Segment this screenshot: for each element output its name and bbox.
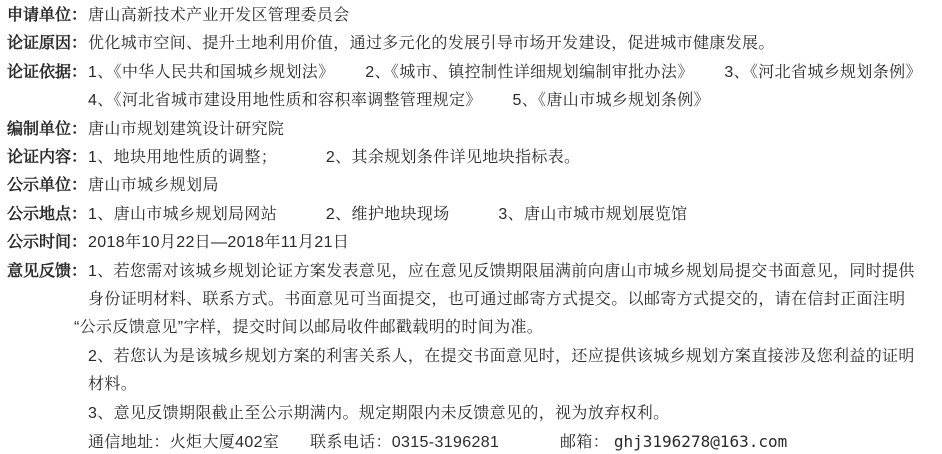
justification-reason-content: 优化城市空间、提升土地利用价值，通过多元化的发展引导市场开发建设，促进城市健康发…	[88, 30, 942, 58]
compiling-unit-value: 唐山市规划建筑设计研究院	[88, 116, 284, 144]
feedback-item-1-part-2: 身份证明材料、联系方式。书面意见可当面提交，也可通过邮寄方式提交。以邮寄方式提交…	[88, 286, 906, 314]
row-application-unit: 申请单位： 唐山高新技术产业开发区管理委员会	[7, 2, 942, 30]
publicity-location-label: 公示地点：	[7, 201, 88, 229]
justification-reason-value: 优化城市空间、提升土地利用价值，通过多元化的发展引导市场开发建设，促进城市健康发…	[88, 30, 775, 58]
feedback-item-2-part-1: 2、若您认为是该城乡规划方案的利害关系人，在提交书面意见时，还应提供该城乡规划方…	[88, 343, 915, 371]
location-item-3: 3、唐山市城市规划展览馆	[498, 201, 687, 229]
row-justification-basis: 论证依据： 1、《中华人民共和国城乡规划法》 2、《城市、镇控制性详细规划编制审…	[7, 59, 942, 116]
row-justification-reason: 论证原因： 优化城市空间、提升土地利用价值，通过多元化的发展引导市场开发建设，促…	[7, 30, 942, 58]
text-line: 唐山市规划建筑设计研究院	[88, 116, 942, 144]
email-label: 邮箱：	[560, 429, 609, 454]
justification-basis-label: 论证依据：	[7, 59, 88, 87]
feedback-label: 意见反馈：	[7, 258, 88, 286]
application-unit-label: 申请单位：	[7, 2, 88, 30]
publicity-unit-label: 公示单位：	[7, 172, 88, 200]
text-line: 1、唐山市城乡规划局网站 2、维护地块现场 3、唐山市城市规划展览馆	[88, 201, 942, 229]
basis-item-3: 3、《河北省城乡规划条例》	[724, 59, 921, 87]
text-line: 2018年10月22日—2018年11月21日	[88, 229, 942, 257]
contact-line: 通信地址：火炬大厦402室 联系电话：0315-3196281 邮箱： ghj3…	[88, 428, 942, 454]
compiling-unit-content: 唐山市规划建筑设计研究院	[88, 116, 942, 144]
application-unit-value: 唐山高新技术产业开发区管理委员会	[88, 2, 350, 30]
feedback-content: 1、若您需对该城乡规划论证方案发表意见，应在意见反馈期限届满前向唐山市城乡规划局…	[88, 258, 942, 454]
text-line: 优化城市空间、提升土地利用价值，通过多元化的发展引导市场开发建设，促进城市健康发…	[88, 30, 942, 58]
feedback-line-3: “公示反馈意见”字样，提交时间以邮局收件邮戳载明的时间为准。	[88, 314, 942, 342]
feedback-line-1: 1、若您需对该城乡规划论证方案发表意见，应在意见反馈期限届满前向唐山市城乡规划局…	[88, 258, 942, 286]
text-line: 1、《中华人民共和国城乡规划法》 2、《城市、镇控制性详细规划编制审批办法》 3…	[88, 59, 942, 87]
publicity-time-label: 公示时间：	[7, 229, 88, 257]
row-justification-content: 论证内容： 1、地块用地性质的调整； 2、其余规划条件详见地块指标表。	[7, 144, 942, 172]
feedback-line-2: 身份证明材料、联系方式。书面意见可当面提交，也可通过邮寄方式提交。以邮寄方式提交…	[88, 286, 942, 314]
row-publicity-unit: 公示单位： 唐山市城乡规划局	[7, 172, 942, 200]
feedback-line-5: 材料。	[88, 371, 942, 399]
justification-reason-label: 论证原因：	[7, 30, 88, 58]
content-item-1: 1、地块用地性质的调整；	[88, 144, 277, 172]
application-unit-content: 唐山高新技术产业开发区管理委员会	[88, 2, 942, 30]
location-item-2: 2、维护地块现场	[326, 201, 450, 229]
feedback-line-6: 3、意见反馈期限截止至公示期满内。规定期限内未反馈意见的，视为放弃权利。	[88, 400, 942, 428]
feedback-item-3: 3、意见反馈期限截止至公示期满内。规定期限内未反馈意见的，视为放弃权利。	[88, 400, 670, 428]
row-publicity-time: 公示时间： 2018年10月22日—2018年11月21日	[7, 229, 942, 257]
row-feedback: 意见反馈： 1、若您需对该城乡规划论证方案发表意见，应在意见反馈期限届满前向唐山…	[7, 258, 942, 454]
public-notice-document: 申请单位： 唐山高新技术产业开发区管理委员会 论证原因： 优化城市空间、提升土地…	[0, 0, 942, 454]
justification-basis-content: 1、《中华人民共和国城乡规划法》 2、《城市、镇控制性详细规划编制审批办法》 3…	[88, 59, 942, 116]
publicity-unit-value: 唐山市城乡规划局	[88, 172, 219, 200]
compiling-unit-label: 编制单位：	[7, 116, 88, 144]
justification-content-content: 1、地块用地性质的调整； 2、其余规划条件详见地块指标表。	[88, 144, 942, 172]
basis-item-4: 4、《河北省城市建设用地性质和容积率调整管理规定》	[88, 87, 482, 115]
feedback-item-1-part-3: “公示反馈意见”字样，提交时间以邮局收件邮戳载明的时间为准。	[81, 314, 543, 342]
mailing-address-value: 通信地址：火炬大厦402室	[88, 429, 279, 454]
email-value: ghj3196278@163.com	[614, 428, 787, 454]
publicity-time-content: 2018年10月22日—2018年11月21日	[88, 229, 942, 257]
publicity-location-content: 1、唐山市城乡规划局网站 2、维护地块现场 3、唐山市城市规划展览馆	[88, 201, 942, 229]
feedback-line-4: 2、若您认为是该城乡规划方案的利害关系人，在提交书面意见时，还应提供该城乡规划方…	[88, 343, 942, 371]
publicity-unit-content: 唐山市城乡规划局	[88, 172, 942, 200]
contact-phone-value: 联系电话：0315-3196281	[310, 429, 499, 454]
feedback-item-1-part-1: 1、若您需对该城乡规划论证方案发表意见，应在意见反馈期限届满前向唐山市城乡规划局…	[88, 258, 915, 286]
location-item-1: 1、唐山市城乡规划局网站	[88, 201, 277, 229]
content-item-2: 2、其余规划条件详见地块指标表。	[326, 144, 581, 172]
justification-content-label: 论证内容：	[7, 144, 88, 172]
basis-item-1: 1、《中华人民共和国城乡规划法》	[88, 59, 335, 87]
publicity-time-value: 2018年10月22日—2018年11月21日	[88, 229, 349, 257]
basis-item-2: 2、《城市、镇控制性详细规划编制审批办法》	[365, 59, 693, 87]
row-compiling-unit: 编制单位： 唐山市规划建筑设计研究院	[7, 116, 942, 144]
row-publicity-location: 公示地点： 1、唐山市城乡规划局网站 2、维护地块现场 3、唐山市城市规划展览馆	[7, 201, 942, 229]
text-line: 1、地块用地性质的调整； 2、其余规划条件详见地块指标表。	[88, 144, 942, 172]
basis-item-5: 5、《唐山市城乡规划条例》	[512, 87, 709, 115]
text-line: 唐山市城乡规划局	[88, 172, 942, 200]
feedback-item-2-part-2: 材料。	[88, 371, 137, 399]
text-line: 4、《河北省城市建设用地性质和容积率调整管理规定》 5、《唐山市城乡规划条例》	[88, 87, 942, 115]
text-line: 唐山高新技术产业开发区管理委员会	[88, 2, 942, 30]
